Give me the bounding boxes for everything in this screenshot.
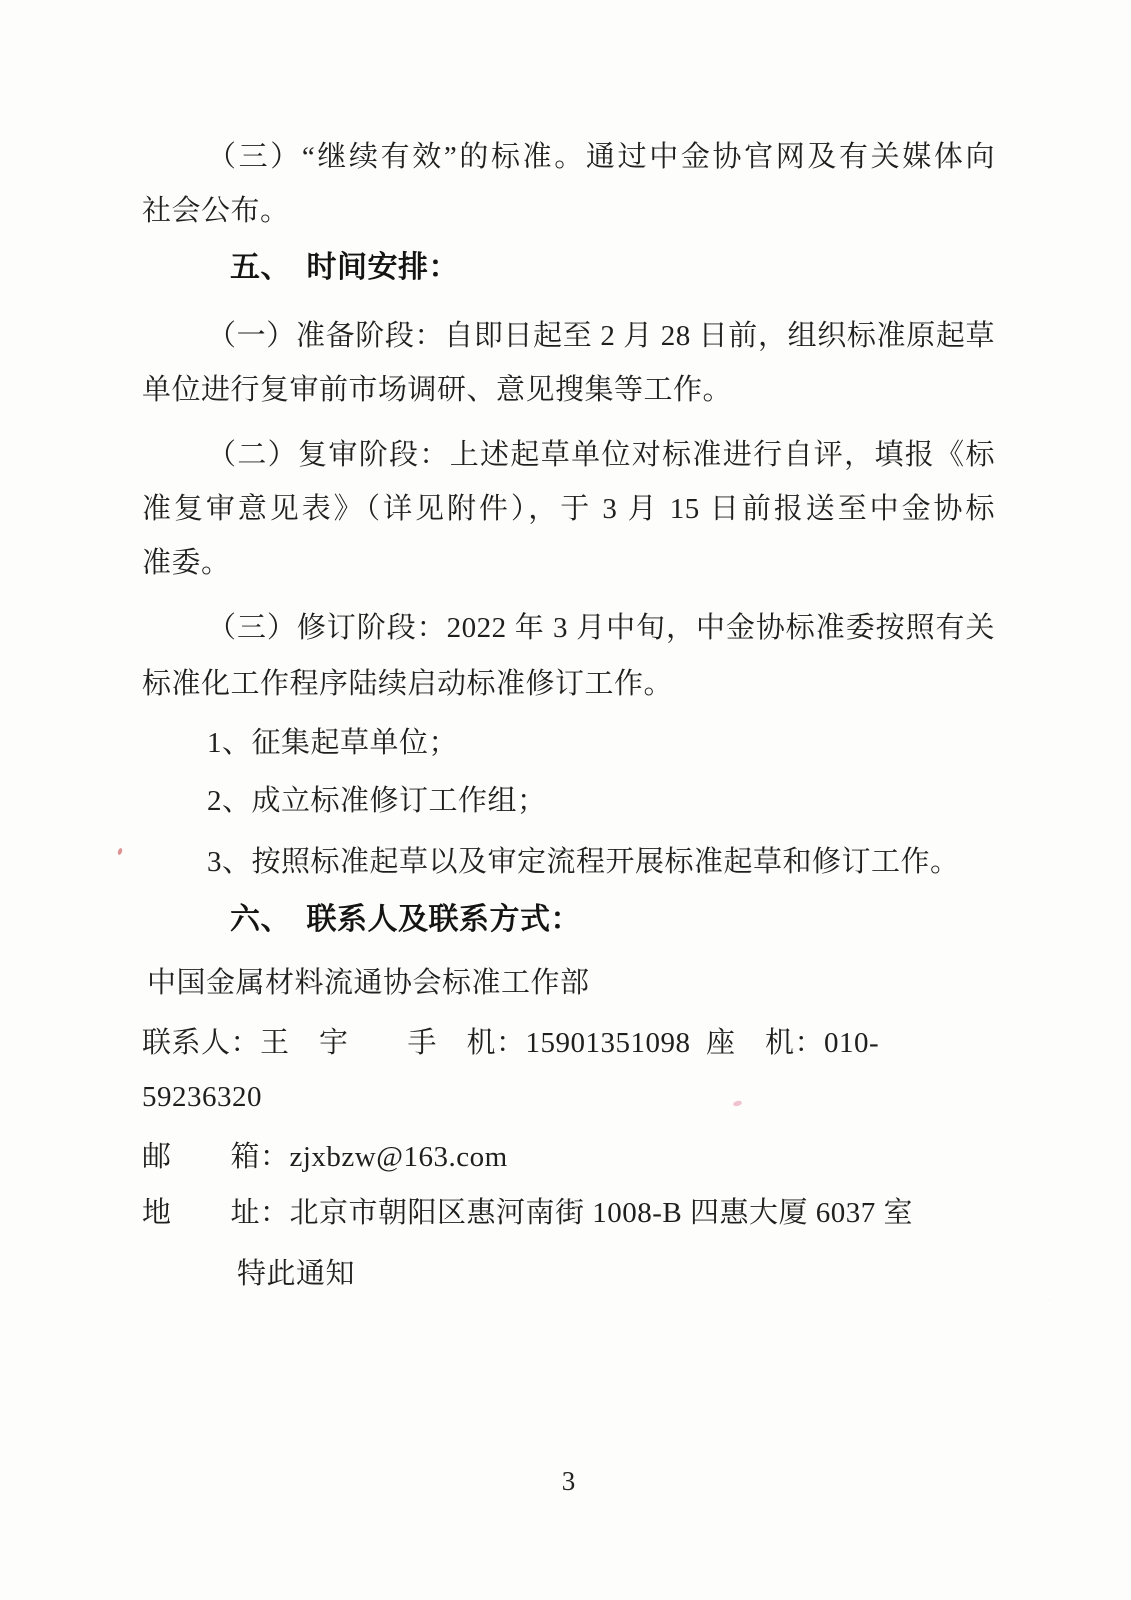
contact-email: 邮 箱：zjxbzw@163.com — [142, 1130, 995, 1184]
paragraph-line: （三）“继续有效”的标准。通过中金协官网及有关媒体向 — [142, 130, 995, 184]
paragraph-line: 单位进行复审前市场调研、意见搜集等工作。 — [142, 363, 995, 417]
list-item-1: 1、征集起草单位； — [142, 716, 995, 770]
paragraph-line: 准委。 — [142, 536, 995, 590]
contact-person-and-phone: 联系人：王 宇 手 机：15901351098 座 机：010-59236320 — [142, 1016, 995, 1124]
paragraph-line: 社会公布。 — [142, 184, 995, 238]
closing-line: 特此通知 — [142, 1247, 995, 1301]
paragraph-line: （一）准备阶段：自即日起至 2 月 28 日前，组织标准原起草 — [142, 309, 995, 363]
document-page: （三）“继续有效”的标准。通过中金协官网及有关媒体向 社会公布。 五、 时间安排… — [0, 0, 1131, 1600]
section-heading-6-contact-info: 六、 联系人及联系方式： — [142, 893, 995, 947]
scan-artifact-red-speck — [117, 848, 123, 856]
contact-department: 中国金属材料流通协会标准工作部 — [142, 956, 995, 1010]
list-item-2: 2、成立标准修订工作组； — [142, 774, 995, 828]
paragraph-line: （三）修订阶段：2022 年 3 月中旬，中金协标准委按照有关 — [142, 601, 995, 655]
section-heading-5-time-schedule: 五、 时间安排： — [142, 241, 995, 295]
paragraph-line: 标准化工作程序陆续启动标准修订工作。 — [142, 657, 995, 711]
paragraph-line: （二）复审阶段：上述起草单位对标准进行自评，填报《标 — [142, 428, 995, 482]
paragraph-line: 准复审意见表》（详见附件），于 3 月 15 日前报送至中金协标 — [142, 482, 995, 536]
list-item-3: 3、按照标准起草以及审定流程开展标准起草和修订工作。 — [142, 835, 995, 889]
contact-address: 地 址：北京市朝阳区惠河南街 1008-B 四惠大厦 6037 室 — [142, 1186, 995, 1240]
page-number: 3 — [142, 1466, 995, 1497]
document-text-block: （三）“继续有效”的标准。通过中金协官网及有关媒体向 社会公布。 五、 时间安排… — [142, 130, 995, 1301]
